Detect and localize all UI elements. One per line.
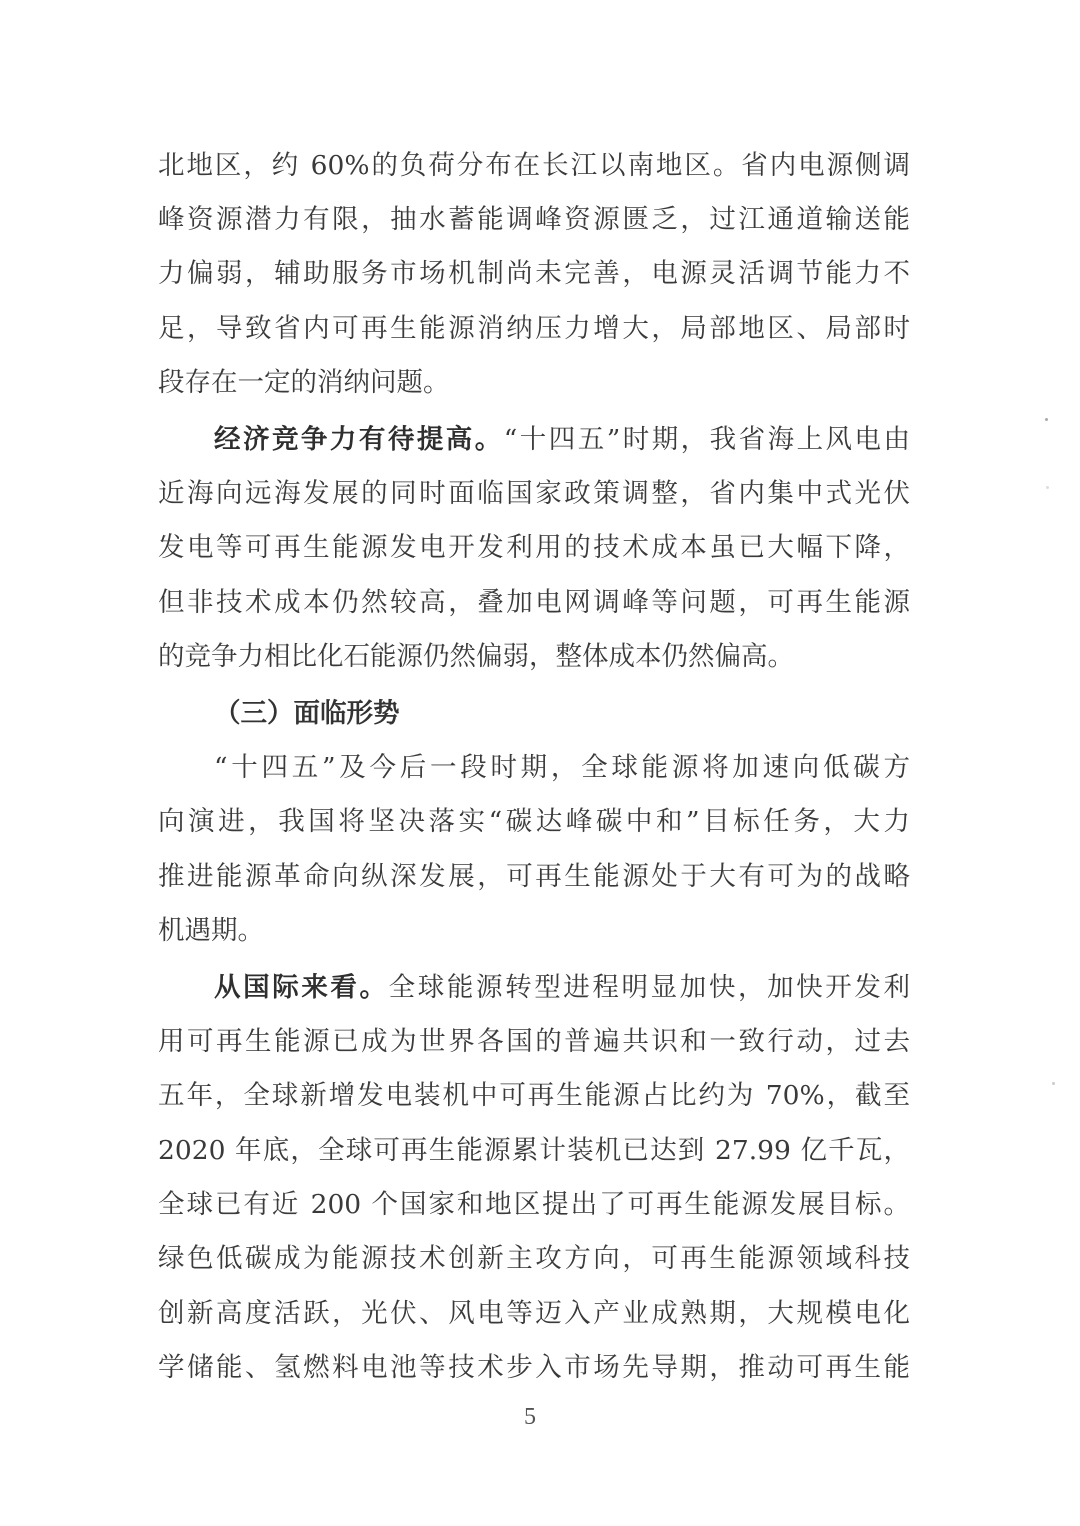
paragraph-international-line: 从国际来看。全球能源转型进程明显加快，加快开发利: [214, 968, 910, 1008]
text-line: 段存在一定的消纳问题。: [158, 363, 910, 403]
text-line: 2020 年底，全球可再生能源累计装机已达到 27.99 亿千瓦，: [158, 1131, 910, 1171]
text-span: “十四五”时期，我省海上风电由: [504, 424, 910, 455]
text-line: 向演进，我国将坚决落实“碳达峰碳中和”目标任务，大力: [158, 802, 910, 842]
paragraph-lead-bold: 经济竞争力有待提高。: [214, 424, 504, 455]
text-line: 全球已有近 200 个国家和地区提出了可再生能源发展目标。: [158, 1185, 910, 1225]
paragraph-lead-bold: 从国际来看。: [214, 972, 389, 1003]
text-line: 力偏弱，辅助服务市场机制尚未完善，电源灵活调节能力不: [158, 254, 910, 294]
text-line: “十四五”及今后一段时期，全球能源将加速向低碳方: [214, 748, 910, 788]
scan-speck: [1045, 418, 1048, 421]
page-number: 5: [524, 1404, 536, 1431]
scan-speck: [1052, 1082, 1055, 1085]
text-line: 创新高度活跃，光伏、风电等迈入产业成熟期，大规模电化: [158, 1294, 910, 1334]
text-line: 绿色低碳成为能源技术创新主攻方向，可再生能源领域科技: [158, 1239, 910, 1279]
text-line: 五年，全球新增发电装机中可再生能源占比约为 70%，截至: [158, 1076, 910, 1116]
text-line: 北地区，约 60%的负荷分布在长江以南地区。省内电源侧调: [158, 146, 910, 186]
text-line: 用可再生能源已成为世界各国的普遍共识和一致行动，过去: [158, 1022, 910, 1062]
paragraph-economic-competitiveness-line: 经济竞争力有待提高。“十四五”时期，我省海上风电由: [214, 420, 910, 460]
text-line: 但非技术成本仍然较高，叠加电网调峰等问题，可再生能源: [158, 583, 910, 623]
text-line: 发电等可再生能源发电开发利用的技术成本虽已大幅下降，: [158, 528, 910, 568]
document-page: 北地区，约 60%的负荷分布在长江以南地区。省内电源侧调 峰资源潜力有限，抽水蓄…: [0, 0, 1080, 1526]
text-line: 学储能、氢燃料电池等技术步入市场先导期，推动可再生能: [158, 1348, 910, 1388]
text-line: 的竞争力相比化石能源仍然偏弱，整体成本仍然偏高。: [158, 637, 910, 677]
text-line: 机遇期。: [158, 911, 910, 951]
text-line: 峰资源潜力有限，抽水蓄能调峰资源匮乏，过江通道输送能: [158, 200, 910, 240]
section-heading: （三）面临形势: [214, 694, 400, 734]
text-span: 全球能源转型进程明显加快，加快开发利: [389, 972, 910, 1003]
text-line: 推进能源革命向纵深发展，可再生能源处于大有可为的战略: [158, 857, 910, 897]
text-line: 近海向远海发展的同时面临国家政策调整，省内集中式光伏: [158, 474, 910, 514]
scan-speck: [1046, 486, 1049, 489]
text-line: 足，导致省内可再生能源消纳压力增大，局部地区、局部时: [158, 309, 910, 349]
